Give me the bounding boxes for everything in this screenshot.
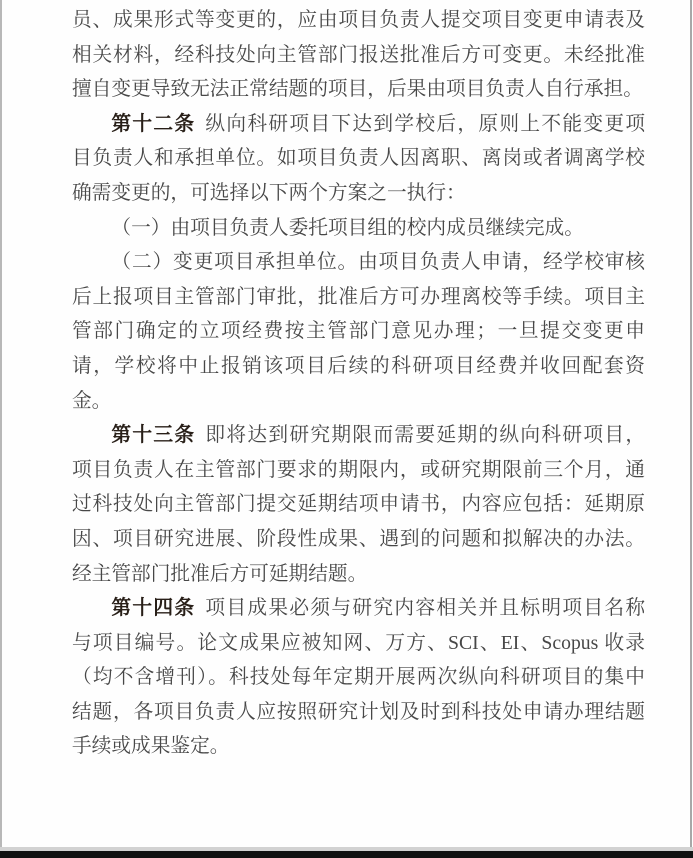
text-line: 请，学校将中止报销该项目后续的科研项目经费并收回配套资 [72, 349, 645, 384]
line-text: 确需变更的，可选择以下两个方案之一执行： [72, 182, 466, 204]
line-text: 项目负责人在主管部门要求的期限内，或研究期限前三个月，通 [72, 459, 645, 481]
line-text: 纵向科研项目下达到学校后，原则上不能变更项 [205, 113, 645, 135]
line-text: （一）由项目负责人委托项目组的校内成员继续完成。 [111, 217, 584, 239]
line-text: 擅自变更导致无法正常结题的项目，后果由项目负责人自行承担。 [72, 78, 643, 100]
text-line: 后上报项目主管部门审批，批准后方可办理离校等手续。项目主 [72, 280, 645, 315]
article-number: 第十二条 [111, 113, 195, 135]
line-text: 过科技处向主管部门提交延期结项申请书，内容应包括：延期原 [72, 493, 645, 515]
line-text: 管部门确定的立项经费按主管部门意见办理；一旦提交变更申 [72, 320, 645, 342]
page-edge-left [0, 0, 2, 847]
line-text: 项目成果必须与研究内容相关并且标明项目名称 [205, 597, 645, 619]
line-text: 与项目编号。论文成果应被知网、万方、SCI、EI、Scopus 收录 [72, 632, 645, 654]
text-line: 目负责人和承担单位。如项目负责人因离职、离岗或者调离学校 [72, 141, 645, 176]
text-line: （二）变更项目承担单位。由项目负责人申请，经学校审核 [72, 245, 645, 280]
line-text: 手续或成果鉴定。 [72, 735, 230, 757]
text-line: 与项目编号。论文成果应被知网、万方、SCI、EI、Scopus 收录 [72, 626, 645, 661]
page-edge-right [690, 0, 692, 847]
line-text: 结题，各项目负责人应按照研究计划及时到科技处申请办理结题 [72, 701, 645, 723]
text-line: 因、项目研究进展、阶段性成果、遇到的问题和拟解决的办法。 [72, 522, 645, 557]
text-line: 第十四条项目成果必须与研究内容相关并且标明项目名称 [72, 591, 645, 626]
text-line: 金。 [72, 384, 645, 419]
line-text: 因、项目研究进展、阶段性成果、遇到的问题和拟解决的办法。 [72, 528, 645, 550]
text-line: 第十三条即将达到研究期限而需要延期的纵向科研项目， [72, 418, 645, 453]
line-text: 即将达到研究期限而需要延期的纵向科研项目， [205, 424, 645, 446]
text-line: 经主管部门批准后方可延期结题。 [72, 557, 645, 592]
page-bottom-bar [0, 851, 693, 858]
text-line: 相关材料，经科技处向主管部门报送批准后方可变更。未经批准 [72, 38, 645, 73]
text-line: 第十二条纵向科研项目下达到学校后，原则上不能变更项 [72, 107, 645, 142]
text-line: 手续或成果鉴定。 [72, 729, 645, 764]
text-line: 结题，各项目负责人应按照研究计划及时到科技处申请办理结题 [72, 695, 645, 730]
article-number: 第十四条 [111, 597, 195, 619]
line-text: 员、成果形式等变更的，应由项目负责人提交项目变更申请表及 [72, 9, 645, 31]
line-text: 后上报项目主管部门审批，批准后方可办理离校等手续。项目主 [72, 286, 645, 308]
text-line: 管部门确定的立项经费按主管部门意见办理；一旦提交变更申 [72, 314, 645, 349]
text-line: （均不含增刊）。科技处每年定期开展两次纵向科研项目的集中 [72, 660, 645, 695]
line-text: 请，学校将中止报销该项目后续的科研项目经费并收回配套资 [72, 355, 645, 377]
document-page: 员、成果形式等变更的，应由项目负责人提交项目变更申请表及相关材料，经科技处向主管… [0, 0, 693, 858]
text-line: 项目负责人在主管部门要求的期限内，或研究期限前三个月，通 [72, 453, 645, 488]
page-content: 员、成果形式等变更的，应由项目负责人提交项目变更申请表及相关材料，经科技处向主管… [72, 3, 645, 764]
text-line: 确需变更的，可选择以下两个方案之一执行： [72, 176, 645, 211]
line-text: 目负责人和承担单位。如项目负责人因离职、离岗或者调离学校 [72, 147, 645, 169]
line-text: 经主管部门批准后方可延期结题。 [72, 563, 367, 585]
line-text: （二）变更项目承担单位。由项目负责人申请，经学校审核 [111, 251, 645, 273]
article-number: 第十三条 [111, 424, 195, 446]
line-text: 金。 [72, 390, 111, 412]
text-line: 擅自变更导致无法正常结题的项目，后果由项目负责人自行承担。 [72, 72, 645, 107]
line-text: 相关材料，经科技处向主管部门报送批准后方可变更。未经批准 [72, 44, 645, 66]
text-line: 员、成果形式等变更的，应由项目负责人提交项目变更申请表及 [72, 3, 645, 38]
line-text: （均不含增刊）。科技处每年定期开展两次纵向科研项目的集中 [72, 666, 645, 688]
text-line: 过科技处向主管部门提交延期结项申请书，内容应包括：延期原 [72, 487, 645, 522]
text-line: （一）由项目负责人委托项目组的校内成员继续完成。 [72, 211, 645, 246]
